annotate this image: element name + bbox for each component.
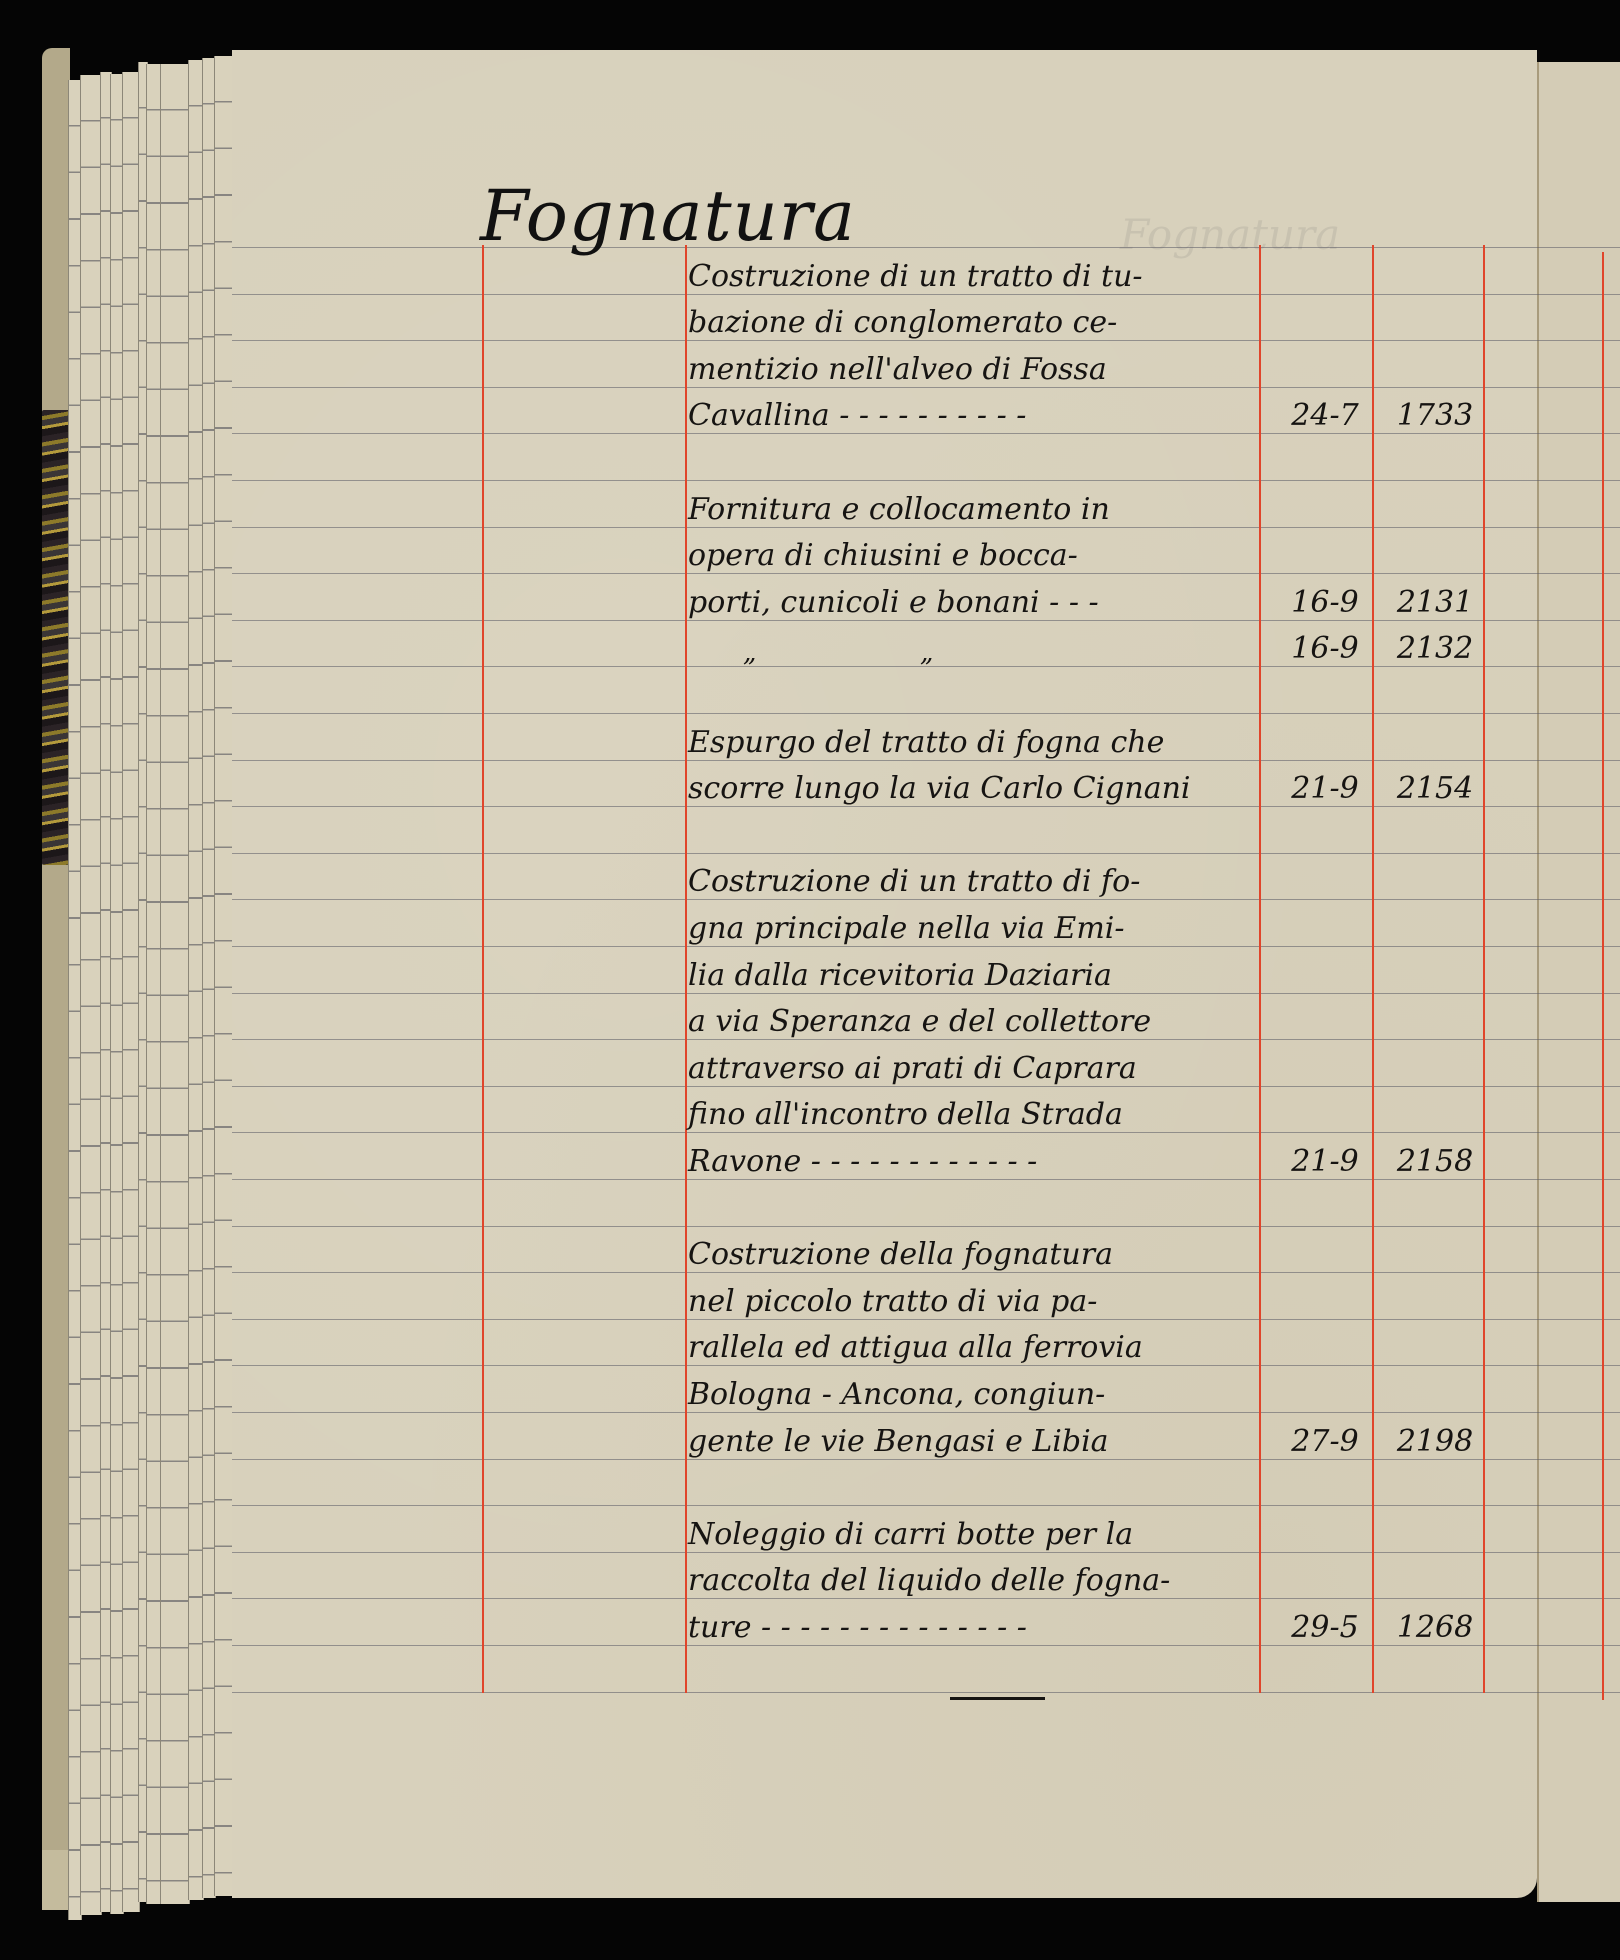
ruled-line <box>232 1272 1620 1273</box>
page-stack-edge <box>214 56 234 1896</box>
entry-description-line: gna principale nella via Emi- <box>688 914 1248 944</box>
entry-number: 1733 <box>1390 401 1480 431</box>
ruled-line <box>232 1226 1620 1227</box>
entry-description-line: porti, cunicoli e bonani - - - <box>688 588 1248 618</box>
entry-description-line: ture - - - - - - - - - - - - - - <box>688 1613 1248 1643</box>
number-rule <box>1372 245 1374 1693</box>
entry-description-line: a via Speranza e del collettore <box>688 1007 1248 1037</box>
entry-date: 21-9 <box>1280 774 1370 804</box>
entry-description-line: fino all'incontro della Strada <box>688 1100 1248 1130</box>
entry-number: 1268 <box>1390 1613 1480 1643</box>
entry-description-line: raccolta del liquido delle fogna- <box>688 1566 1248 1596</box>
ruled-line <box>232 433 1620 434</box>
entry-description-line: nel piccolo tratto di via pa- <box>688 1287 1248 1317</box>
entry-description-line: Bologna - Ancona, congiun- <box>688 1380 1248 1410</box>
ruled-line <box>232 1179 1620 1180</box>
entry-description-line: gente le vie Bengasi e Libia <box>688 1427 1248 1457</box>
facing-page-rule <box>1602 252 1604 1700</box>
entry-description-line: Noleggio di carri botte per la <box>688 1520 1248 1550</box>
facing-page <box>1537 62 1620 1902</box>
ruled-line <box>232 1692 1620 1693</box>
page-stack-edge <box>80 75 102 1915</box>
ruled-line <box>232 527 1620 528</box>
entry-number: 2132 <box>1390 634 1480 664</box>
entry-number: 2198 <box>1390 1427 1480 1457</box>
ruled-line <box>232 620 1620 621</box>
ruled-line <box>232 806 1620 807</box>
ruled-line <box>232 713 1620 714</box>
ruled-line <box>232 1645 1620 1646</box>
book-cover-edge <box>42 48 70 1908</box>
end-of-entries-mark <box>950 1697 1045 1700</box>
ruled-line <box>232 1459 1620 1460</box>
entry-description-line: lia dalla ricevitoria Daziaria <box>688 961 1248 991</box>
entry-date: 16-9 <box>1280 634 1370 664</box>
ruled-line <box>232 946 1620 947</box>
ditto-mark: „ <box>920 640 933 666</box>
ruled-line <box>232 1039 1620 1040</box>
entry-date: 27-9 <box>1280 1427 1370 1457</box>
ruled-line <box>232 294 1620 295</box>
entry-description-line: opera di chiusini e bocca- <box>688 541 1248 571</box>
ruled-line <box>232 1365 1620 1366</box>
ruled-line <box>232 1598 1620 1599</box>
ruled-line <box>232 340 1620 341</box>
entry-date: 29-5 <box>1280 1613 1370 1643</box>
ruled-line <box>232 387 1620 388</box>
entry-number: 2131 <box>1390 588 1480 618</box>
entry-description-line: Cavallina - - - - - - - - - - <box>688 401 1248 431</box>
entry-description-line: rallela ed attigua alla ferrovia <box>688 1333 1248 1363</box>
entry-description-line: Costruzione di un tratto di tu- <box>688 262 1248 292</box>
margin-rule <box>482 245 484 1693</box>
ruled-line <box>232 1319 1620 1320</box>
entry-description-line: attraverso ai prati di Caprara <box>688 1054 1248 1084</box>
ruled-line <box>232 1412 1620 1413</box>
ruled-line <box>232 853 1620 854</box>
ruled-line <box>232 1086 1620 1087</box>
ruled-line <box>232 993 1620 994</box>
entry-description-line: Fornitura e collocamento in <box>688 495 1248 525</box>
entry-date: 24-7 <box>1280 401 1370 431</box>
entry-description-line: mentizio nell'alveo di Fossa <box>688 355 1248 385</box>
bleed-through-text: Fognatura <box>1120 210 1340 259</box>
ruled-line <box>232 899 1620 900</box>
entry-date: 21-9 <box>1280 1147 1370 1177</box>
entry-number: 2154 <box>1390 774 1480 804</box>
entry-description-line: Costruzione di un tratto di fo- <box>688 867 1248 897</box>
entry-description-line: Ravone - - - - - - - - - - - - <box>688 1147 1248 1177</box>
entry-description-line: Espurgo del tratto di fogna che <box>688 728 1248 758</box>
description-rule <box>685 245 687 1693</box>
section-title: Fognatura <box>480 175 856 257</box>
ruled-line <box>232 1505 1620 1506</box>
ruled-line <box>232 1552 1620 1553</box>
page-stack-edge <box>160 64 190 1904</box>
ditto-mark: „ <box>743 640 756 666</box>
entry-date: 16-9 <box>1280 588 1370 618</box>
right-rule <box>1483 245 1485 1693</box>
entry-number: 2158 <box>1390 1147 1480 1177</box>
date-rule <box>1259 245 1261 1693</box>
ruled-line <box>232 573 1620 574</box>
entry-description-line: bazione di conglomerato ce- <box>688 308 1248 338</box>
ruled-line <box>232 247 1620 248</box>
ruled-line <box>232 480 1620 481</box>
entry-description-line: scorre lungo la via Carlo Cignani <box>688 774 1248 804</box>
ruled-line <box>232 760 1620 761</box>
entry-description-line: Costruzione della fognatura <box>688 1240 1248 1270</box>
ruled-line <box>232 1132 1620 1133</box>
